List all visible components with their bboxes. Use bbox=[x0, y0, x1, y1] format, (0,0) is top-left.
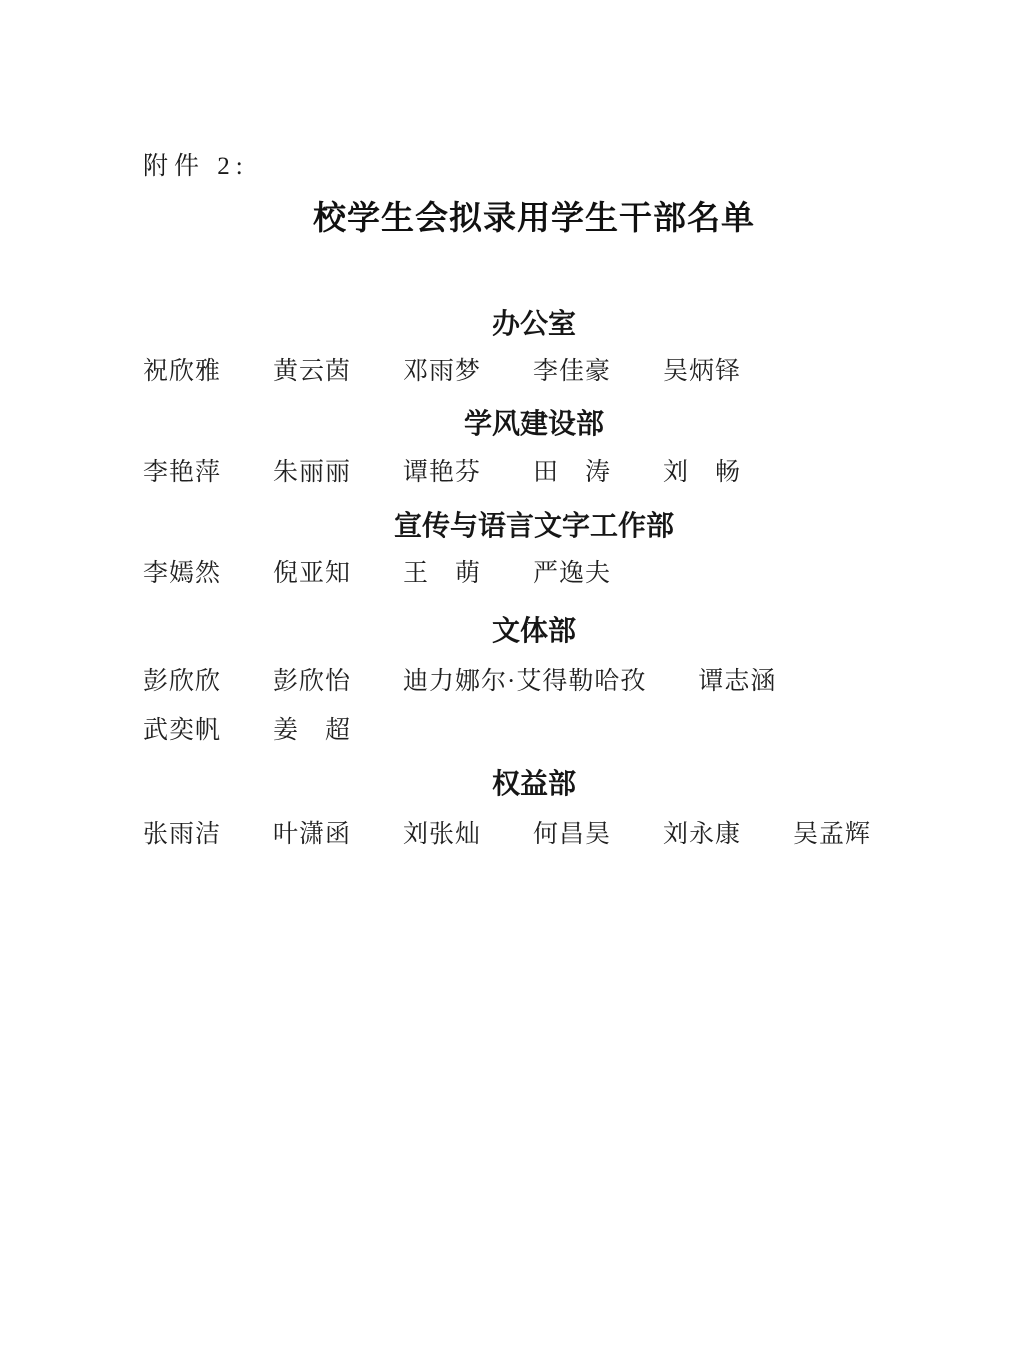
document-title: 校学生会拟录用学生干部名单 bbox=[143, 192, 925, 239]
section-header-office: 办公室 bbox=[143, 302, 925, 342]
name-row: 李艳萍 朱丽丽 谭艳芬 田 涛 刘 畅 bbox=[143, 452, 925, 488]
section-header-study-style: 学风建设部 bbox=[143, 402, 925, 442]
section-header-rights-interests: 权益部 bbox=[143, 762, 925, 802]
attachment-label: 附件 2: bbox=[143, 146, 925, 182]
name-row: 李嫣然 倪亚知 王 萌 严逸夫 bbox=[143, 553, 925, 589]
name-row: 张雨洁 叶潇函 刘张灿 何昌昊 刘永康 吴孟辉 bbox=[143, 814, 925, 850]
name-row: 祝欣雅 黄云茵 邓雨梦 李佳豪 吴炳铎 bbox=[143, 351, 925, 387]
name-row: 武奕帆 姜 超 bbox=[143, 710, 925, 746]
document-page: 附件 2: 校学生会拟录用学生干部名单 办公室 祝欣雅 黄云茵 邓雨梦 李佳豪 … bbox=[0, 0, 1036, 1352]
name-row: 彭欣欣 彭欣怡 迪力娜尔·艾得勒哈孜 谭志涵 bbox=[143, 661, 925, 697]
section-header-publicity-language: 宣传与语言文字工作部 bbox=[143, 504, 925, 544]
document-content: 附件 2: 校学生会拟录用学生干部名单 办公室 祝欣雅 黄云茵 邓雨梦 李佳豪 … bbox=[143, 0, 925, 1352]
section-header-culture-sports: 文体部 bbox=[143, 609, 925, 649]
